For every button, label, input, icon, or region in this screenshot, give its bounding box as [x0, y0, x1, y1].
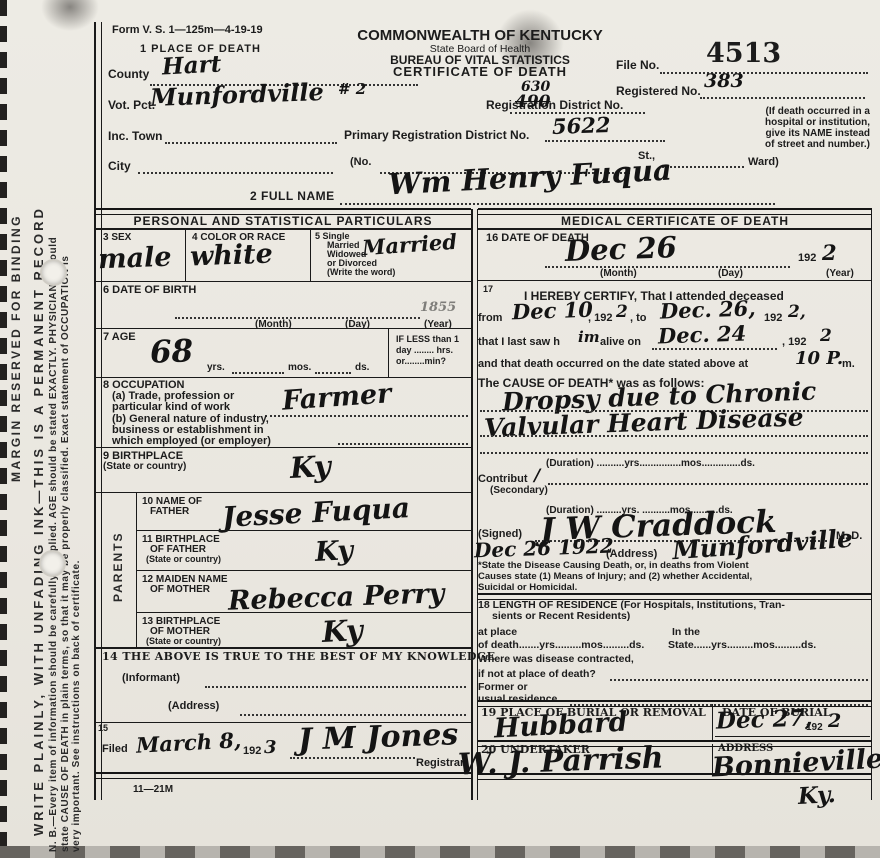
contributory-label: Contribut	[478, 473, 527, 485]
date-of-birth-value: 1855	[420, 300, 456, 315]
column-divider	[471, 209, 473, 800]
mother-birthplace-label3: (State or country)	[146, 636, 221, 646]
file-no-label: File No.	[616, 58, 659, 72]
birthplace-sub-label: (State or country)	[103, 461, 186, 472]
saw-year-handwritten: 2	[820, 326, 832, 346]
column-divider-inner	[477, 209, 478, 800]
from-year-printed: , 192	[588, 312, 612, 324]
county-value: Hart	[161, 50, 222, 80]
date-of-birth-label: 6 DATE OF BIRTH	[103, 284, 196, 296]
if-not-label: if not at place of death?	[478, 668, 596, 680]
dod-day-label: (Day)	[718, 268, 743, 279]
date-of-burial-value: Dec 27,	[716, 704, 813, 734]
mother-name-label2: OF MOTHER	[150, 584, 210, 595]
age-mos-label: mos.	[288, 362, 311, 373]
print-code: 11—21M	[133, 784, 173, 795]
dod-month-label: (Month)	[600, 268, 637, 279]
attestation-statement: 14 THE ABOVE IS TRUE TO THE BEST OF MY K…	[102, 650, 495, 663]
certificate-title: CERTIFICATE OF DEATH	[300, 64, 660, 79]
residence-label-line2: sients or Recent Residents)	[492, 610, 630, 622]
race-value: white	[189, 239, 273, 273]
former-label: Former or	[478, 681, 528, 693]
city-no-label: (No.	[350, 156, 371, 168]
last-saw-label1: that I last saw h	[478, 336, 560, 348]
informant-label: (Informant)	[122, 672, 180, 684]
parents-group-label: PARENTS	[111, 532, 125, 602]
contributory-slash-handwritten: /	[534, 466, 540, 486]
margin-nb-line3: very important. See instructions on back…	[71, 560, 82, 852]
age-value: 68	[149, 333, 193, 370]
sex-value: male	[97, 242, 172, 276]
birthplace-value: Ky	[289, 449, 331, 485]
age-ds-label: ds.	[355, 362, 369, 373]
age-label: 7 AGE	[103, 331, 136, 343]
father-birthplace-value: Ky	[314, 535, 354, 568]
mother-birthplace-value: Ky	[321, 613, 363, 649]
vot-pct-value: Munfordville	[150, 77, 325, 112]
attended-to-value: Dec. 26,	[660, 295, 756, 323]
fineprint-line2: Causes state (1) Means of Injury; and (2…	[478, 571, 752, 582]
certify-item-number: 17	[483, 284, 493, 294]
city-ward-label: Ward)	[748, 156, 779, 168]
if-less-line1: IF LESS than 1	[396, 334, 459, 344]
occupation-b-line3: which employed (or employer)	[112, 435, 271, 447]
registration-district-label: Registration District No.	[486, 98, 623, 112]
age-yrs-label: yrs.	[207, 362, 225, 373]
last-saw-label2: alive on	[600, 336, 641, 348]
from-year-handwritten: 2	[616, 302, 628, 322]
burial-year-printed: 192	[806, 722, 823, 733]
file-no-value: 4513	[706, 38, 781, 69]
father-birthplace-label3: (State or country)	[146, 554, 221, 564]
if-less-line2: day ........ hrs.	[396, 345, 453, 355]
attended-to-label: , to	[630, 312, 647, 324]
attended-from-value: Dec 10	[512, 297, 594, 325]
death-occurred-time: 10 P.	[795, 348, 843, 369]
to-year-handwritten: 2,	[788, 302, 806, 322]
death-occurred-m-label: m.	[842, 358, 855, 370]
margin-binding-note: MARGIN RESERVED FOR BINDING	[9, 214, 23, 482]
at-place-label: at place	[478, 626, 517, 638]
to-year-printed: 192	[764, 312, 782, 324]
form-number: Form V. S. 1—125m—4-19-19	[112, 24, 263, 36]
saw-year-printed: , 192	[782, 336, 806, 348]
fineprint-line1: *State the Disease Causing Death, or, in…	[478, 560, 749, 571]
duration-line1: (Duration) ..........yrs...............m…	[546, 458, 755, 469]
county-label: County	[108, 67, 149, 81]
marital-label-5: (Write the word)	[327, 267, 395, 277]
dod-year-printed: 192	[798, 252, 816, 264]
dod-year-handwritten: 2	[822, 240, 837, 265]
last-saw-him-handwritten: im	[578, 328, 600, 346]
informant-address-label: (Address)	[168, 700, 219, 712]
primary-registration-value: 5622	[552, 112, 611, 139]
sex-label: 3 SEX	[103, 232, 131, 243]
filed-year-handwritten: 3	[264, 737, 277, 758]
death-occurred-label: and that death occurred on the date stat…	[478, 358, 748, 370]
hospital-note: (If death occurred in a hospital or inst…	[648, 106, 870, 150]
date-of-death-value: Dec 26	[564, 230, 677, 268]
margin-write-plainly-note: WRITE PLAINLY, WITH UNFADING INK—THIS IS…	[31, 206, 46, 836]
left-section-title: PERSONAL AND STATISTICAL PARTICULARS	[95, 214, 471, 228]
punch-hole-top	[42, 261, 65, 284]
form-left-border	[94, 22, 96, 800]
registered-no-label: Registered No.	[616, 84, 701, 98]
right-section-title: MEDICAL CERTIFICATE OF DEATH	[478, 214, 872, 228]
full-name-label: 2 FULL NAME	[250, 189, 335, 203]
registration-district-old: 490	[515, 92, 551, 112]
last-saw-value: Dec. 24	[658, 320, 747, 348]
margin-nb-line1: N. B.—Every item of information should b…	[48, 237, 59, 852]
registrar-signature: J M Jones	[297, 717, 458, 758]
vot-pct-label: Vot. Pct.	[108, 98, 155, 112]
occupation-a-line2: particular kind of work	[112, 401, 230, 413]
of-death-duration-line: of death.......yrs.........mos.........d…	[478, 639, 644, 651]
punch-hole-bottom	[41, 552, 64, 575]
burial-year-handwritten: 2	[828, 710, 841, 732]
filed-year-printed: 192	[243, 745, 261, 757]
state-duration-line: State......yrs.........mos.........ds.	[668, 639, 816, 651]
undertaker-address-state-value: Ky.	[797, 781, 836, 810]
physician-address-label: (Address)	[606, 548, 657, 560]
fineprint-line3: Suicidal or Homicidal.	[478, 582, 577, 593]
contributory-secondary-label: (Secondary)	[490, 485, 548, 496]
registered-no-value: 383	[704, 70, 744, 92]
binding-edge	[0, 0, 7, 852]
primary-registration-label: Primary Registration District No.	[344, 128, 529, 142]
inc-town-label: Inc. Town	[108, 129, 162, 143]
if-less-line3: or........min?	[396, 356, 446, 366]
in-the-label: In the	[672, 626, 700, 638]
attended-from-label: from	[478, 312, 502, 324]
father-name-label2: FATHER	[150, 506, 189, 517]
dod-year-label: (Year)	[826, 268, 854, 279]
signed-date-value: Dec 26 1922	[474, 534, 614, 563]
where-contracted-label: Where was disease contracted,	[478, 653, 634, 665]
commonwealth-title: COMMONWEALTH OF KENTUCKY	[300, 27, 660, 44]
vot-pct-extra: # 2	[338, 80, 366, 98]
city-label: City	[108, 159, 131, 173]
scan-bottom-edge	[0, 846, 880, 858]
filed-label: Filed	[102, 743, 128, 755]
margin-nb-line2: state CAUSE OF DEATH in plain terms, so …	[60, 255, 71, 852]
filed-item-number: 15	[98, 723, 108, 733]
form-left-border-inner	[101, 22, 102, 800]
form-right-border	[871, 209, 872, 800]
